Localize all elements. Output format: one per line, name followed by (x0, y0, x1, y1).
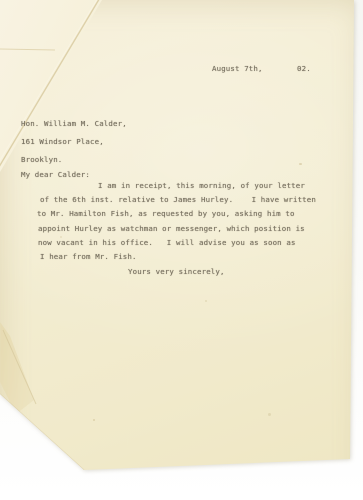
date-text: August 7th, (212, 64, 263, 73)
body-line: of the 6th inst. relative to James Hurle… (40, 195, 316, 204)
foxing-speck (268, 413, 271, 416)
body-line: appoint Hurley as watchman or messenger,… (38, 224, 305, 233)
body-line: to Mr. Hamilton Fish, as requested by yo… (37, 209, 295, 218)
paper-sheet-wrap: August 7th, 02. Hon. William M. Calder, … (0, 0, 363, 500)
recipient-name: Hon. William M. Calder, (21, 119, 127, 128)
body-line: I am in receipt, this morning, of your l… (98, 181, 305, 190)
body-line: now vacant in his office. I will advise … (38, 238, 296, 247)
closing-text: Yours very sincerely, (128, 267, 225, 276)
fold-shadow-left-edge (0, 322, 40, 414)
salutation-text: My dear Calder: (21, 170, 90, 179)
recipient-street: 161 Windsor Place, (21, 137, 104, 146)
body-line: I hear from Mr. Fish. (40, 252, 137, 261)
scan-background: August 7th, 02. Hon. William M. Calder, … (0, 0, 363, 500)
foxing-speck (205, 300, 207, 302)
year-text: 02. (297, 64, 311, 73)
foxing-speck (93, 419, 95, 421)
foxing-speck (299, 163, 302, 165)
letter-page: August 7th, 02. Hon. William M. Calder, … (0, 0, 363, 500)
recipient-city: Brooklyn. (21, 155, 62, 164)
folded-corner-top-left (0, 0, 102, 172)
